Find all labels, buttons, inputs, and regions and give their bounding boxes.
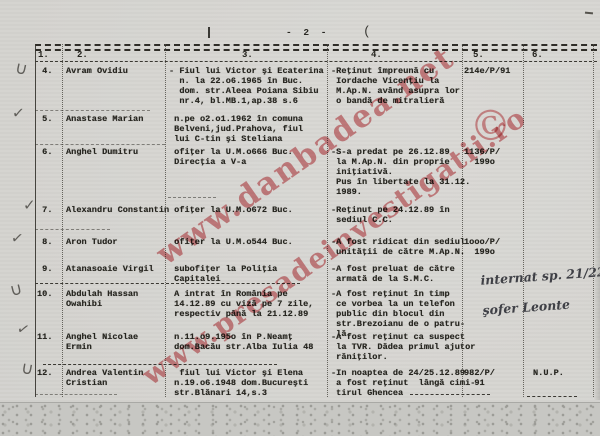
name-cell: Aron Tudor — [66, 237, 118, 247]
row-number: 8. — [37, 237, 52, 247]
stray-mark: ( — [363, 24, 371, 39]
name-cell: Atanasoaie Virgil — [66, 264, 154, 274]
name-cell: Anghel Nicolae Ermin — [66, 332, 138, 352]
table-column-rule — [327, 44, 328, 397]
row-number: 6. — [37, 147, 52, 157]
table-row-rule — [35, 110, 150, 111]
note-cell: N.U.P. — [533, 368, 564, 378]
row-number: 7. — [37, 205, 52, 215]
column-header: 1. — [38, 50, 49, 60]
row-number: 9. — [37, 264, 52, 274]
pencil-checkmark-icon: ✓ — [15, 319, 32, 340]
status-cell: -In noaptea de 24/25.12.89 a fost reţinu… — [331, 368, 475, 398]
table-row-rule — [35, 229, 110, 230]
file-number-cell: 1ooo/P/ 199o — [464, 237, 500, 257]
pencil-checkmark-icon: ✓ — [11, 103, 25, 122]
name-cell: Anghel Dumitru — [66, 147, 138, 157]
handwritten-note: internat sp. 21/22 şofer Leonte — [462, 249, 600, 334]
scanned-document-page: - 2 - ( 1.2.3.4.5.6. 4.Avram Ovidiu- Fiu… — [0, 0, 600, 436]
table-top-border — [35, 44, 597, 51]
name-cell: Alexandru Constantin — [66, 205, 169, 215]
table-column-rule — [35, 44, 36, 397]
handwritten-note-line2: şofer Leonte — [482, 297, 570, 318]
table-column-rule — [523, 44, 524, 397]
pencil-checkmark-icon: ∪ — [19, 358, 35, 380]
handwritten-note-line1: internat sp. 21/22 — [480, 264, 600, 288]
file-number-cell: 214e/P/91 — [464, 66, 510, 76]
column-header: 4. — [371, 50, 382, 60]
details-cell: n.pe o2.o1.1962 în comuna Belveni,jud.Pr… — [169, 114, 303, 144]
file-number-cell: 982/P/ 91 — [464, 368, 495, 388]
table-row-rule — [168, 197, 216, 198]
pencil-checkmark-icon: ∪ — [13, 58, 29, 80]
table-row-rule — [527, 396, 577, 397]
column-header: 2. — [77, 50, 88, 60]
column-header: 3. — [242, 50, 253, 60]
stray-mark — [208, 27, 210, 38]
column-header: 6. — [532, 50, 543, 60]
status-cell: -A fost reţinut ca suspect la TVR. Dădea… — [331, 332, 475, 362]
name-cell: Avram Ovidiu — [66, 66, 128, 76]
stray-mark — [585, 12, 593, 14]
row-number: 4. — [37, 66, 52, 76]
name-cell: Anastase Marian — [66, 114, 143, 124]
name-cell: Andrea Valentin Cristian — [66, 368, 143, 388]
status-cell: -A fost preluat de către armată de la S.… — [331, 264, 455, 284]
table-row-rule — [35, 144, 165, 145]
table-column-rule — [62, 44, 63, 397]
pencil-checkmark-icon: ✓ — [23, 196, 36, 214]
table-row-rule — [35, 61, 597, 62]
scan-edge-shadow — [594, 130, 600, 400]
page-number: - 2 - — [286, 27, 330, 38]
column-header: 5. — [473, 50, 484, 60]
row-number: 5. — [37, 114, 52, 124]
scan-noise-band — [0, 402, 600, 436]
pencil-checkmark-icon: ✓ — [10, 228, 25, 248]
table-row-rule — [35, 394, 117, 395]
row-number: 11. — [37, 332, 52, 342]
details-cell: - Fiul lui Victor şi Ecaterina n. la 22.… — [169, 66, 324, 106]
details-cell: fiul lui Victor şi Elena n.19.o6.1948 do… — [169, 368, 308, 398]
row-number: 10. — [37, 289, 52, 299]
name-cell: Abdulah Hassan Owahibi — [66, 289, 138, 309]
pencil-checkmark-icon: ∪ — [8, 279, 25, 301]
row-number: 12. — [37, 368, 52, 378]
